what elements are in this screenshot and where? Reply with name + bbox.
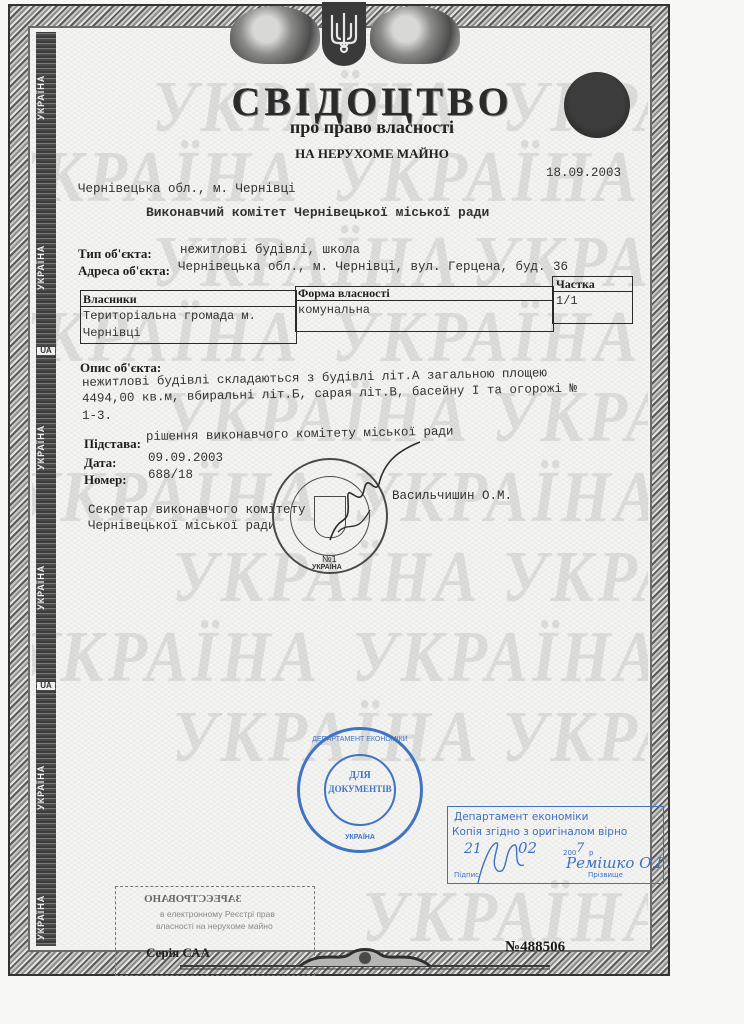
- strip-code: UA: [37, 347, 55, 355]
- signatory-position-line2: Чернівецької міської ради: [88, 519, 276, 533]
- department-seal: ДЛЯ ДОКУМЕНТІВ УКРАЇНА ДЕПАРТАМЕНТ ЕКОНО…: [297, 727, 423, 853]
- tryzub-icon: [322, 2, 366, 66]
- owner-name-line2: Чернівці: [83, 326, 141, 340]
- strip-text: УКРАЇНА: [36, 752, 56, 822]
- dept-seal-ring-text: ДЕПАРТАМЕНТ ЕКОНОМІКИ: [300, 736, 420, 743]
- issue-date: 18.09.2003: [546, 166, 621, 180]
- copy-stamp-line1: Департамент економіки: [454, 811, 588, 823]
- object-address-value: Чернівецька обл., м. Чернівці, вул. Герц…: [178, 260, 568, 274]
- decision-number-label: Номер:: [84, 472, 127, 488]
- dept-seal-country: УКРАЇНА: [300, 834, 420, 841]
- reg-stamp-line2: власності на нерухоме майно: [156, 921, 273, 931]
- strip-text: УКРАЇНА: [36, 412, 56, 482]
- header-divider: [552, 291, 633, 292]
- header-divider: [80, 306, 297, 307]
- strip-text: УКРАЇНА: [36, 552, 56, 622]
- certificate-subtitle-property: НА НЕРУХОМЕ МАЙНО: [0, 146, 744, 162]
- ownership-form: комунальна: [298, 303, 370, 317]
- watermark: УКРАЇНА: [502, 694, 648, 779]
- strip-code: UA: [37, 682, 55, 690]
- copy-signer-name: Ремішко О.Г.: [566, 854, 671, 872]
- hologram-seal: [564, 72, 630, 138]
- security-strip: УКРАЇНА УКРАЇНА UA УКРАЇНА УКРАЇНА UA УК…: [36, 32, 56, 946]
- watermark: УКРАЇНА: [502, 534, 648, 619]
- issuer: Виконавчий комітет Чернівецької міської …: [146, 205, 489, 220]
- reg-stamp-title: ЗАРЕЄСТРОВАНО: [144, 893, 241, 905]
- certificate-subtitle: про право власності: [0, 117, 744, 138]
- header-divider: [295, 300, 554, 301]
- copy-label-name: Прізвище: [588, 871, 623, 879]
- object-type-value: нежитлові будівлі, школа: [180, 243, 360, 257]
- handwritten-signature: [320, 440, 430, 550]
- decision-date-label: Дата:: [84, 455, 116, 471]
- dept-seal-center-line2: ДОКУМЕНТІВ: [300, 784, 420, 794]
- header-share: Частка: [556, 277, 595, 292]
- watermark: УКРАЇНА: [352, 614, 648, 699]
- description-line: 1-3.: [82, 409, 112, 423]
- coat-of-arms-ornament: [230, 0, 460, 75]
- header-form: Форма власності: [298, 286, 390, 301]
- reg-stamp-line1: в електронному Реєстрі прав: [160, 909, 275, 919]
- owners-table: Власники Форма власності Частка Територі…: [80, 276, 633, 344]
- seal-country: УКРАЇНА: [312, 564, 342, 571]
- basis-label: Підстава:: [84, 436, 141, 452]
- strip-text: УКРАЇНА: [36, 882, 56, 952]
- watermark: УКРАЇНА: [32, 614, 321, 699]
- decision-date-value: 09.09.2003: [148, 451, 223, 465]
- acanthus-ornament: [230, 6, 320, 64]
- decision-number-value: 688/18: [148, 468, 193, 482]
- certified-copy-stamp: Департамент економіки Копія згідно з ори…: [447, 806, 664, 884]
- object-type-label: Тип об'єкта:: [78, 246, 152, 262]
- location: Чернівецька обл., м. Чернівці: [78, 182, 296, 196]
- ownership-share: 1/1: [556, 294, 578, 308]
- bottom-ornament: [180, 948, 550, 972]
- header-owners: Власники: [83, 292, 137, 307]
- owner-name-line1: Територіальна громада м.: [83, 309, 256, 323]
- acanthus-ornament: [370, 6, 460, 64]
- strip-text: УКРАЇНА: [36, 232, 56, 302]
- copy-signature-scribble: [468, 835, 528, 885]
- watermark: УКРАЇНА: [362, 874, 648, 948]
- seal-number: №1: [322, 554, 337, 564]
- dept-seal-center-line1: ДЛЯ: [300, 770, 420, 781]
